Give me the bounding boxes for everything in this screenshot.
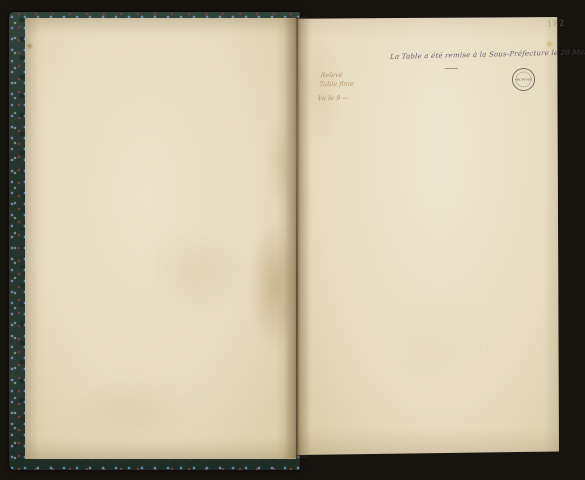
marginal-notes: Relevé Table finie Vu le 9 —: [317, 71, 355, 104]
gutter-crease: [296, 17, 298, 457]
left-page: [25, 18, 296, 459]
marginal-note-line: Table finie: [319, 80, 354, 90]
archive-stamp-icon: · · · · · · · · · · · · · · ARCHIVES: [511, 67, 536, 92]
scanned-register-spread: La Table a été remise à la Sous-Préfectu…: [0, 0, 585, 480]
stamp-center-text: ARCHIVES: [514, 78, 533, 82]
marginal-note-line: Vu le 9 —: [317, 94, 352, 104]
folio-number: 182: [547, 18, 566, 28]
inscription-flourish: —: [444, 64, 458, 74]
